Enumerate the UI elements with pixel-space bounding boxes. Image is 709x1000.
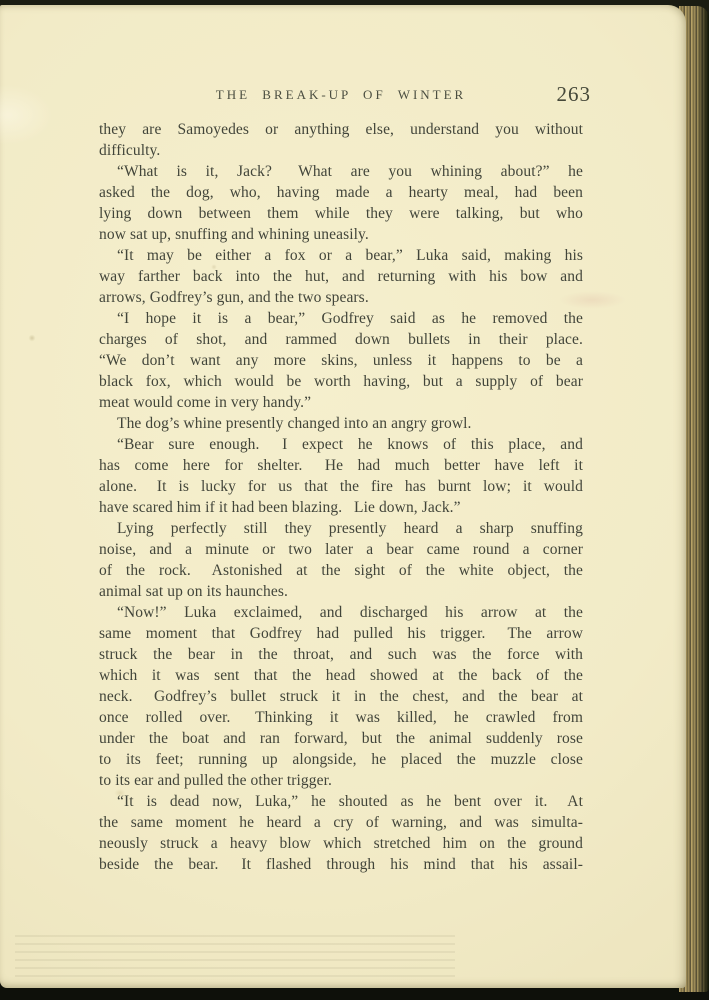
text-line: charges of shot, and rammed down bullets…	[99, 329, 583, 350]
text-line: neck. Godfrey’s bullet struck it in the …	[99, 686, 583, 707]
text-line: struck the bear in the throat, and such …	[99, 644, 583, 665]
text-line: “Bear sure enough. I expect he knows of …	[99, 434, 583, 455]
page-text: they are Samoyedes or anything else, und…	[99, 119, 583, 875]
chapter-title: THE BREAK-UP OF WINTER	[99, 87, 583, 103]
text-line: black fox, which would be worth having, …	[99, 371, 583, 392]
text-line: animal sat up on its haunches.	[99, 581, 583, 602]
text-line: under the boat and ran forward, but the …	[99, 728, 583, 749]
text-line: difficulty.	[99, 140, 583, 161]
text-line: once rolled over. Thinking it was killed…	[99, 707, 583, 728]
text-line: “We don’t want any more skins, unless it…	[99, 350, 583, 371]
text-line: which it was sent that the head showed a…	[99, 665, 583, 686]
text-line: now sat up, snuffing and whining uneasil…	[99, 224, 583, 245]
page-number: 263	[557, 82, 592, 107]
text-line: of the rock. Astonished at the sight of …	[99, 560, 583, 581]
text-line: meat would come in very handy.”	[99, 392, 583, 413]
text-line: way farther back into the hut, and retur…	[99, 266, 583, 287]
text-line: Lying perfectly still they presently hea…	[99, 518, 583, 539]
text-line: neously struck a heavy blow which stretc…	[99, 833, 583, 854]
running-head: THE BREAK-UP OF WINTER 263	[99, 87, 583, 103]
scanner-streaks	[15, 935, 455, 983]
text-line: “Now!” Luka exclaimed, and discharged hi…	[99, 602, 583, 623]
text-line: the same moment he heard a cry of warnin…	[99, 812, 583, 833]
text-line: “It is dead now, Luka,” he shouted as he…	[99, 791, 583, 812]
text-line: has come here for shelter. He had much b…	[99, 455, 583, 476]
text-line: alone. It is lucky for us that the fire …	[99, 476, 583, 497]
text-line: “What is it, Jack? What are you whining …	[99, 161, 583, 182]
text-line: beside the bear. It flashed through his …	[99, 854, 583, 875]
text-line: to its ear and pulled the other trigger.	[99, 770, 583, 791]
text-line: “It may be either a fox or a bear,” Luka…	[99, 245, 583, 266]
text-line: The dog’s whine presently changed into a…	[99, 413, 583, 434]
text-line: noise, and a minute or two later a bear …	[99, 539, 583, 560]
book-page: THE BREAK-UP OF WINTER 263 they are Samo…	[0, 5, 686, 988]
text-line: asked the dog, who, having made a hearty…	[99, 182, 583, 203]
text-line: “I hope it is a bear,” Godfrey said as h…	[99, 308, 583, 329]
book-scan: THE BREAK-UP OF WINTER 263 they are Samo…	[0, 0, 709, 1000]
text-line: they are Samoyedes or anything else, und…	[99, 119, 583, 140]
text-line: arrows, Godfrey’s gun, and the two spear…	[99, 287, 583, 308]
text-line: same moment that Godfrey had pulled his …	[99, 623, 583, 644]
text-line: have scared him if it had been blazing. …	[99, 497, 583, 518]
text-line: to its feet; running up alongside, he pl…	[99, 749, 583, 770]
text-line: lying down between them while they were …	[99, 203, 583, 224]
